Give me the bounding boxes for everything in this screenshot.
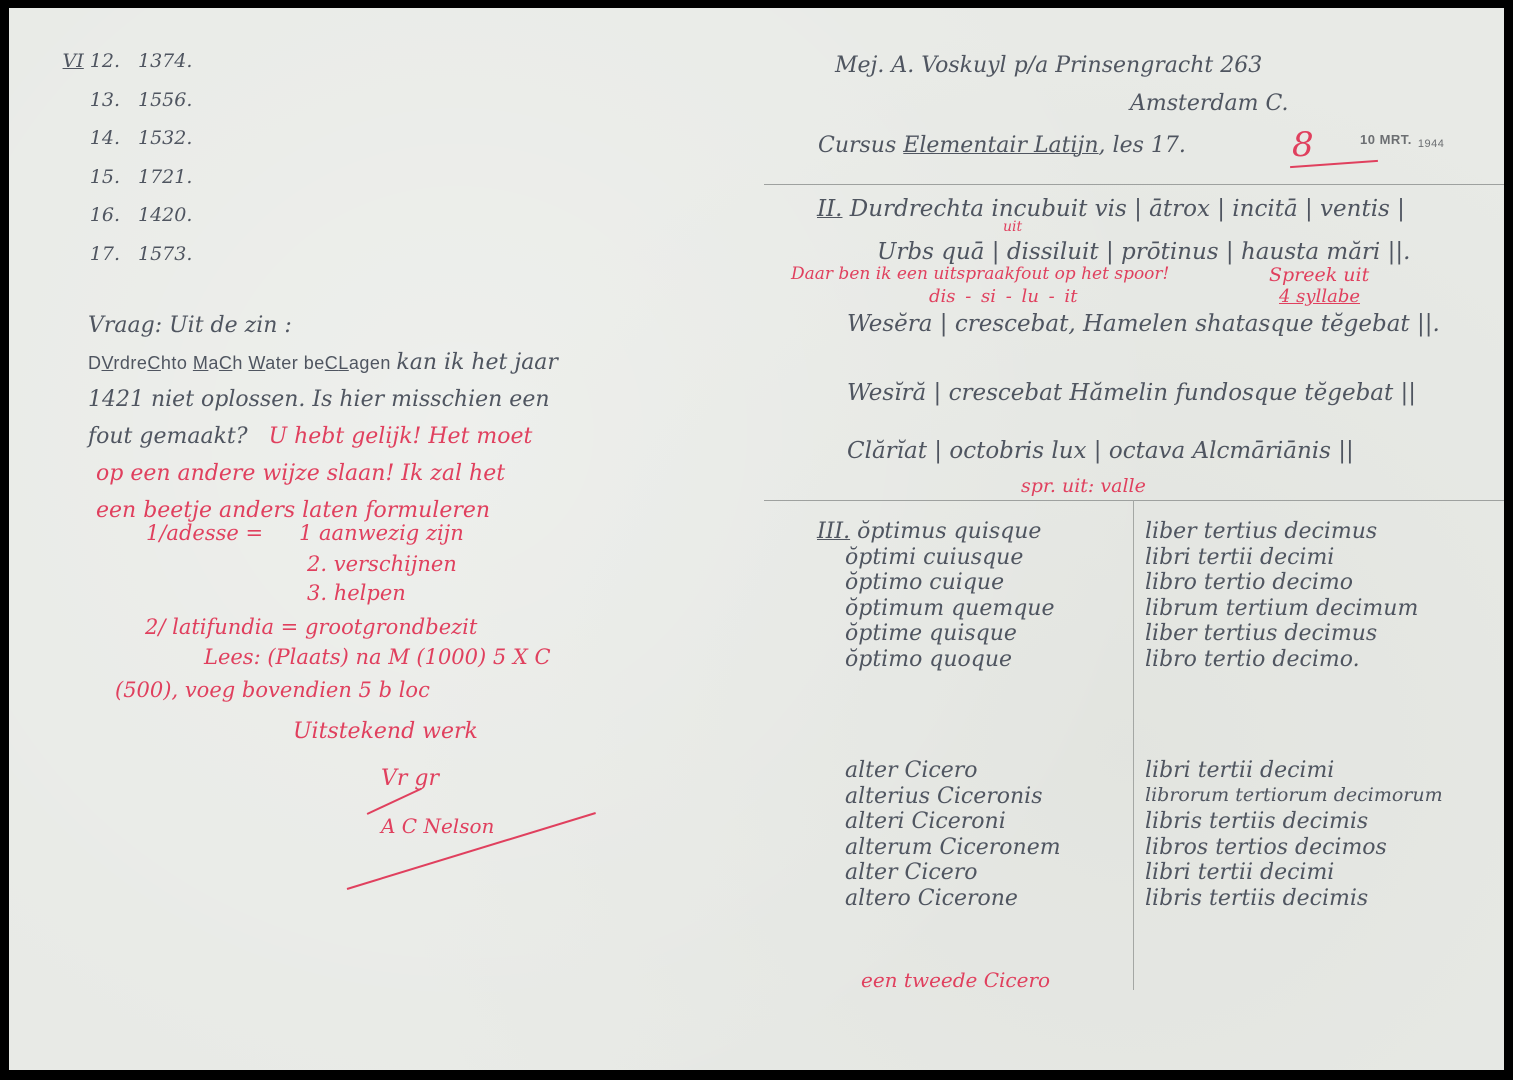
correction-syllables: dis - si - lu - it: [929, 288, 1077, 306]
teacher-notes: 1/adesse = 1 aanwezig zijn 2. verschijne…: [9, 8, 709, 1008]
list-item: ŏptimum quemque: [817, 598, 1055, 624]
list-item: ŏptimi cuiusque: [817, 547, 1055, 573]
list-item: libri tertii decimi: [1145, 862, 1443, 888]
list-item: libris tertiis decimis: [1145, 888, 1443, 914]
closing-remark: Uitstekend werk: [293, 721, 478, 743]
section-iii-col-a-group-1: III. ŏptimus quisque ŏptimi cuiusque ŏpt…: [817, 521, 1055, 674]
section-iii-column-divider: [1133, 500, 1134, 990]
section-ii-verse-4: Wesĭră | crescebat Hămelin fundosque tĕg…: [847, 382, 1416, 405]
list-item: ŏptimo quoque: [817, 649, 1055, 675]
list-item: alterum Ciceronem: [845, 837, 1061, 863]
student-city: Amsterdam C.: [1130, 93, 1289, 115]
section-iii-col-b-group-1: liber tertius decimus libri tertii decim…: [1145, 521, 1418, 674]
section-iii-label: III.: [817, 519, 850, 544]
list-item: ŏptime quisque: [817, 623, 1055, 649]
list-item: alteri Ciceroni: [845, 811, 1061, 837]
adesse-label: 1/adesse =: [146, 523, 263, 544]
grade-mark: 8: [1292, 128, 1314, 162]
list-item: libros tertios decimos: [1145, 837, 1443, 863]
section-ii-label: II.: [817, 196, 842, 222]
date-stamp: 10 MRT.1944: [1360, 132, 1444, 147]
document-page: VI12. 1374. 13. 1556. 14. 1532. 15. 1721…: [9, 8, 1504, 1070]
list-item: libri tertii decimi: [1145, 547, 1418, 573]
section-ii-verse-5: Clărĭat | octobris lux | octava Alcmāriā…: [847, 440, 1354, 463]
section-iii-col-b-group-2: libri tertii decimi librorum tertiorum d…: [1145, 760, 1443, 913]
correction-valle: spr. uit: valle: [1021, 477, 1146, 496]
latifundia-note: 2/ latifundia = grootgrondbezit: [145, 617, 477, 638]
section-ii-bottom-rule: [764, 500, 1504, 501]
student-address: Mej. A. Voskuyl p/a Prinsengracht 263: [835, 55, 1262, 77]
list-item: ŏptimo cuique: [817, 572, 1055, 598]
section-ii-verse-2: Urbs quā | dissiluit | prōtinus | hausta…: [877, 241, 1410, 264]
list-item: III. ŏptimus quisque: [817, 521, 1055, 547]
section-ii-verse-3: Wesĕra | crescebat, Hamelen shatasque tĕ…: [847, 313, 1440, 336]
correction-pronunciation-note: Daar ben ik een uitspraakfout op het spo…: [791, 266, 1169, 283]
adesse-meaning-2: 2. verschijnen: [307, 554, 457, 575]
list-item: alter Cicero: [845, 862, 1061, 888]
list-item: altero Cicerone: [845, 888, 1061, 914]
lees-line-1: Lees: (Plaats) na M (1000) 5 X C: [204, 647, 551, 668]
list-item: alterius Ciceronis: [845, 786, 1061, 812]
course-name: Elementair Latijn: [903, 133, 1098, 158]
correction-uit: uit: [1003, 220, 1022, 234]
course-title: Cursus Elementair Latijn, les 17.: [818, 135, 1186, 157]
list-item: librorum tertiorum decimorum: [1145, 786, 1443, 812]
section-iii-col-a-group-2: alter Cicero alterius Ciceronis alteri C…: [845, 760, 1061, 913]
list-item: liber tertius decimus: [1145, 521, 1418, 547]
adesse-meaning-1: 1 aanwezig zijn: [299, 523, 464, 544]
list-item: libro tertio decimo: [1145, 572, 1418, 598]
correction-speak-1: Spreek uit: [1269, 266, 1369, 285]
list-item: libro tertio decimo.: [1145, 649, 1418, 675]
list-item: libri tertii decimi: [1145, 760, 1443, 786]
section-ii-verse-1: II. Durdrechta incubuit vis | ātrox | in…: [817, 198, 1405, 221]
correction-tweede-cicero: een tweede Cicero: [861, 970, 1050, 990]
section-ii-top-rule: [764, 184, 1504, 185]
adesse-meaning-3: 3. helpen: [307, 583, 406, 604]
lees-line-2: (500), voeg bovendien 5 b loc: [115, 680, 430, 701]
signature: A C Nelson: [381, 816, 494, 836]
list-item: alter Cicero: [845, 760, 1061, 786]
list-item: liber tertius decimus: [1145, 623, 1418, 649]
correction-speak-2: 4 syllabe: [1279, 288, 1360, 306]
list-item: libris tertiis decimis: [1145, 811, 1443, 837]
list-item: librum tertium decimum: [1145, 598, 1418, 624]
greeting: Vr gr: [381, 768, 439, 790]
